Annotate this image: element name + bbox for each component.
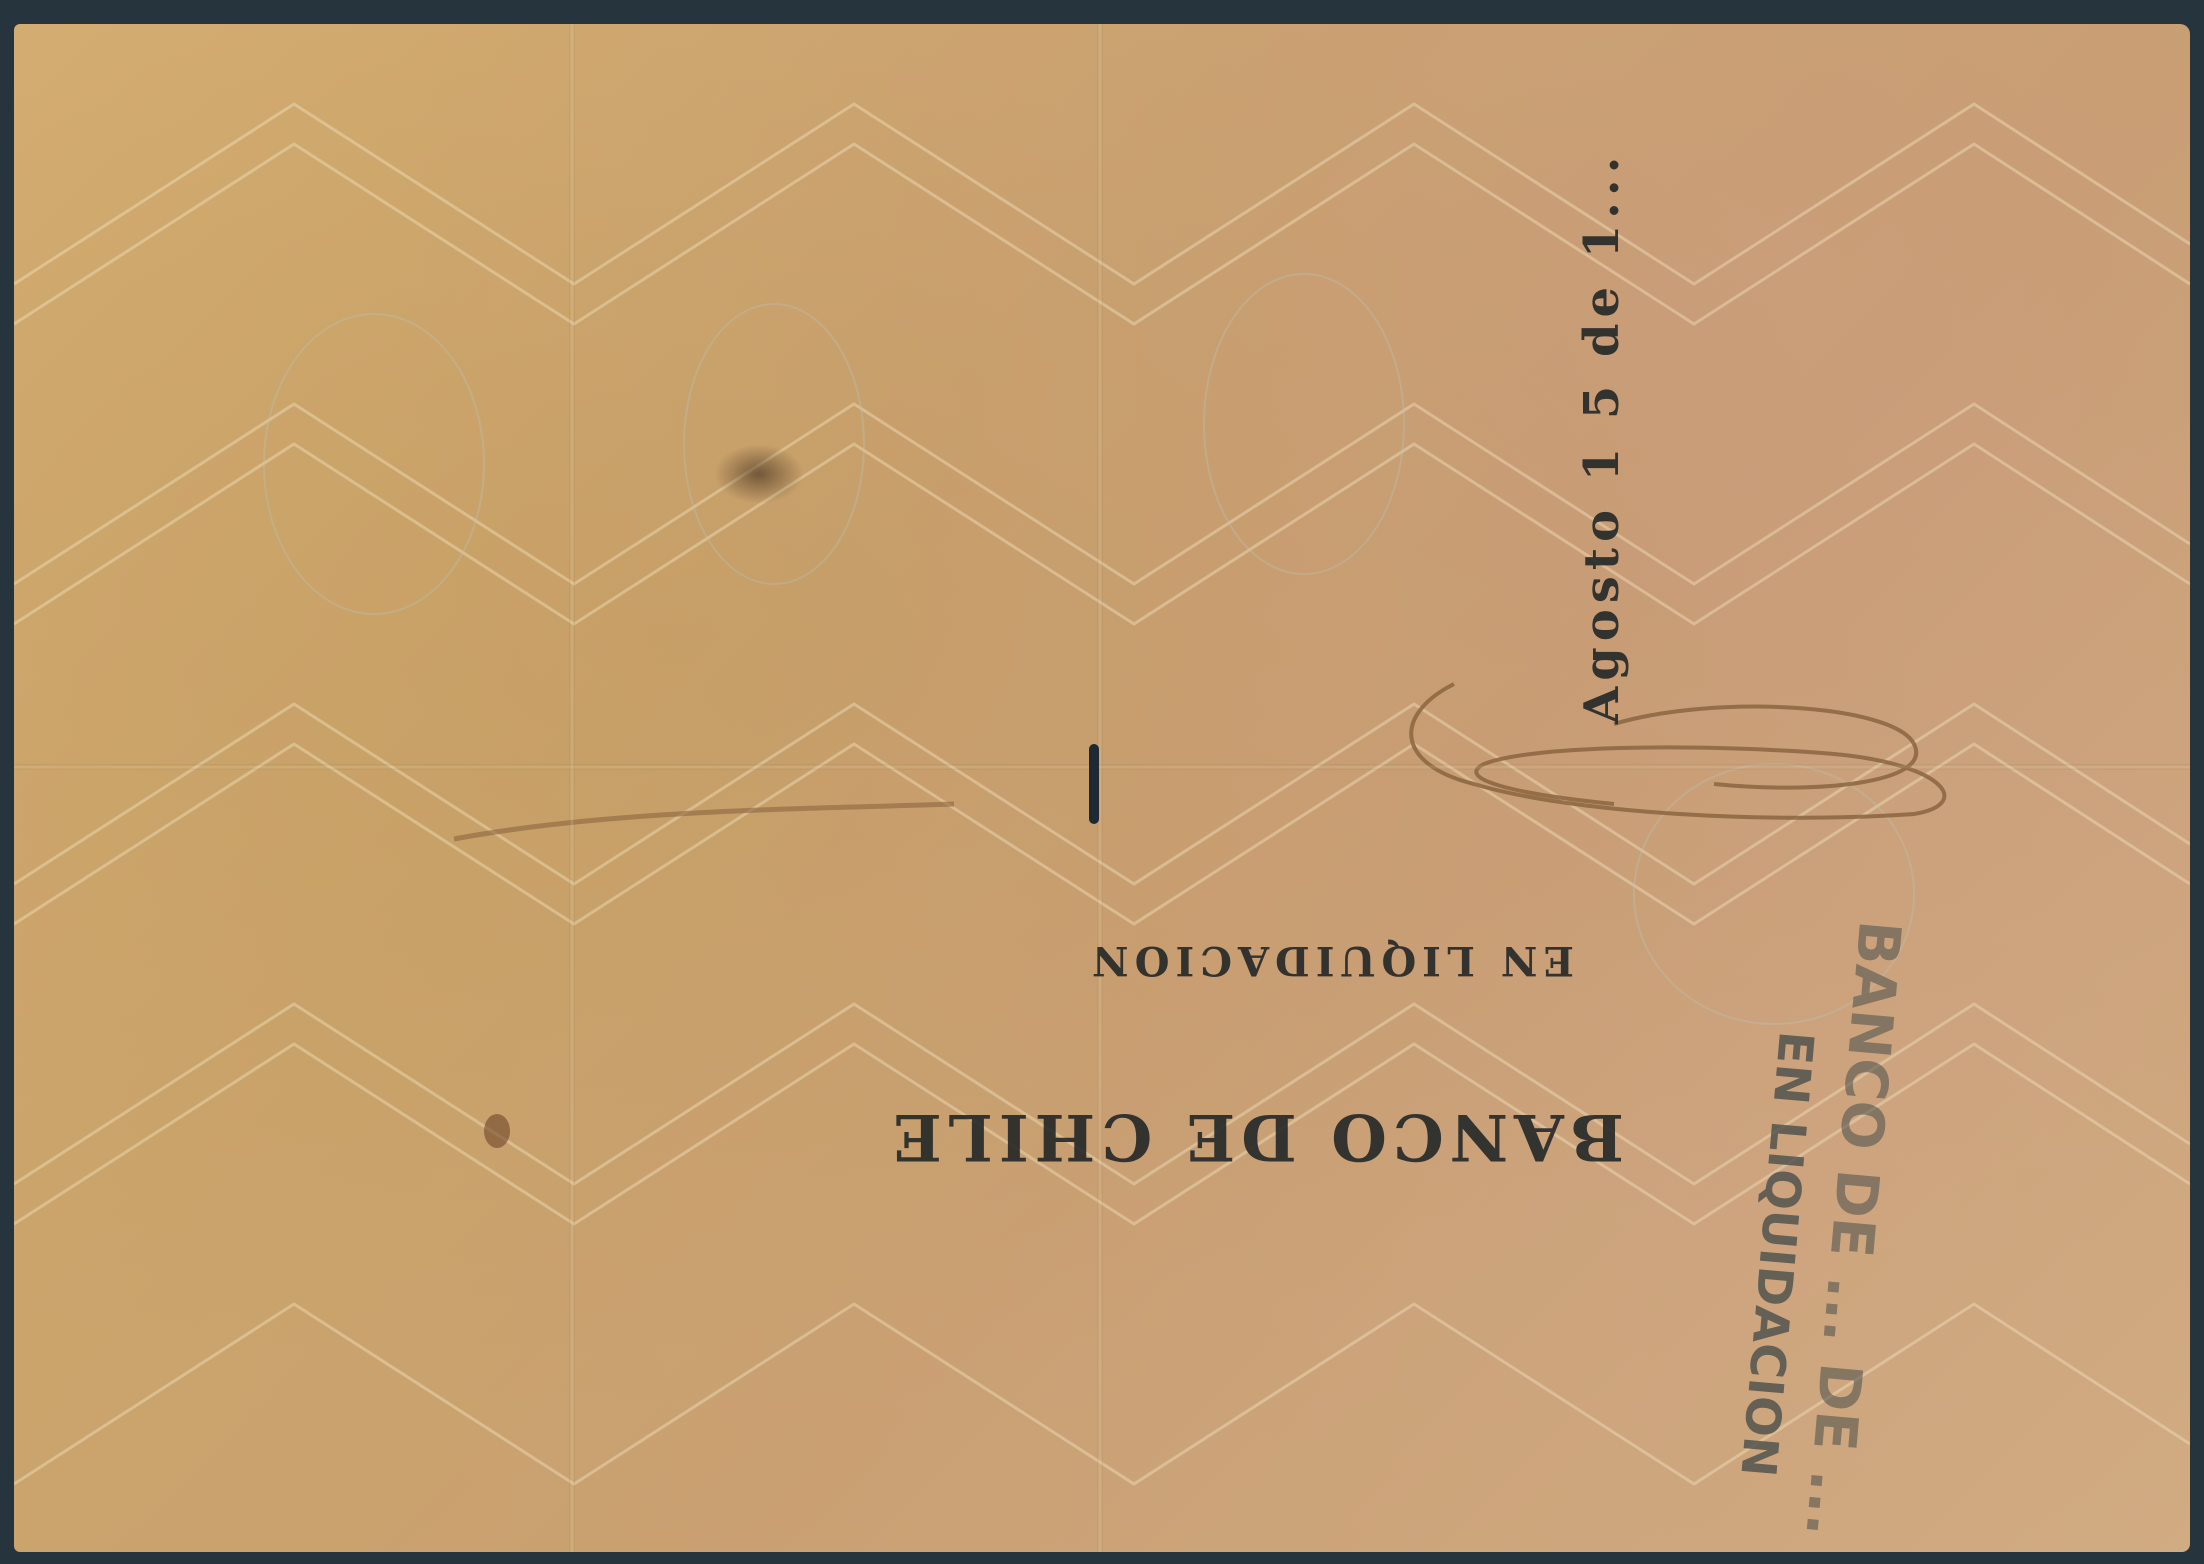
- stamp-inner-text: EN LIQUIDACION: [1086, 937, 1574, 984]
- signature: [1411, 684, 1944, 818]
- fold-line-vertical: [569, 24, 575, 1552]
- stamp-arc-text: BANCO DE CHILE: [887, 1099, 1624, 1174]
- circular-stamp: BANCO DE CHILE EN LIQUIDACION: [1124, 854, 1664, 1214]
- ink-stain: [1089, 744, 1099, 824]
- ink-stain: [484, 1114, 510, 1148]
- ink-stain: [714, 444, 804, 504]
- date-stamp: Agosto 1 5 de 1...: [1574, 151, 1630, 724]
- banknote-reverse: BANCO DE CHILE EN LIQUIDACION Agosto 1 5…: [14, 24, 2190, 1552]
- fold-line-horizontal: [14, 764, 2190, 770]
